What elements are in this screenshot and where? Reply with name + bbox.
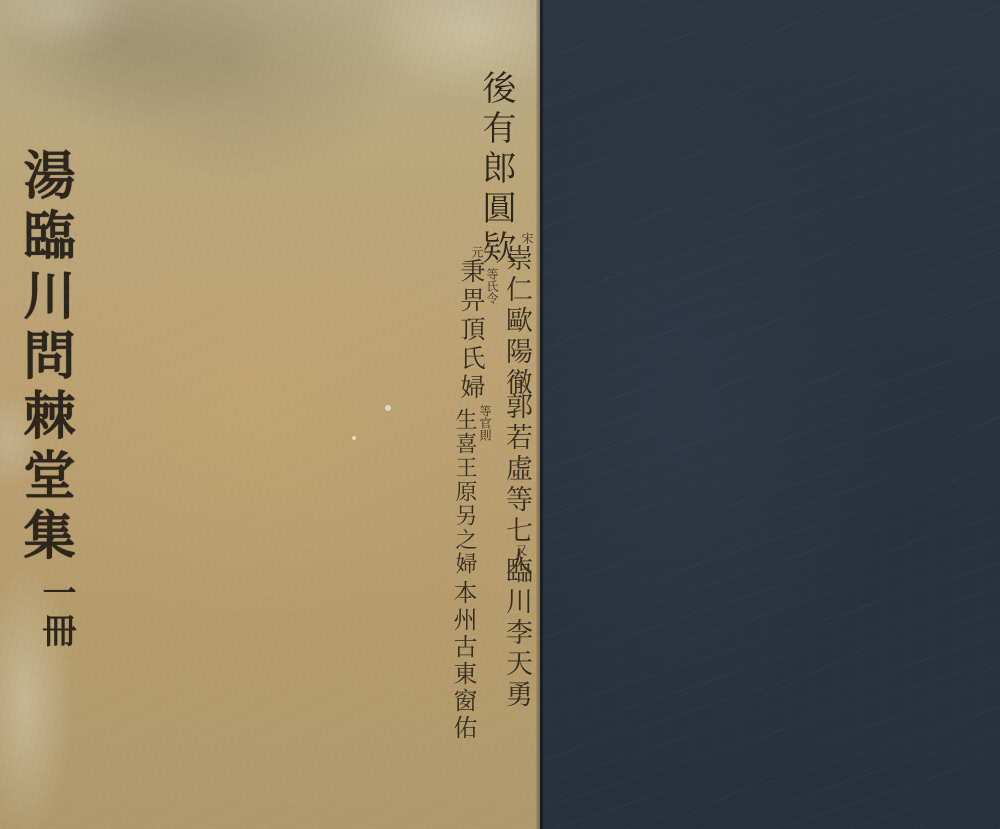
annotation-prefix: 宋 xyxy=(520,232,534,244)
annotation-column: 秉畀頂氏婦 xyxy=(456,258,486,403)
cloth-cover-board xyxy=(540,0,1000,829)
annotation-side-note: 等氏令 xyxy=(485,268,499,304)
book-title: 湯臨川問棘堂集 xyxy=(14,148,74,568)
annotation-column: 生喜王原另之婦 xyxy=(452,408,476,576)
volume-count: 一冊 xyxy=(36,575,76,651)
annotation-prefix: 元 xyxy=(470,246,484,258)
annotation-prefix: 又 xyxy=(514,376,528,388)
cover-edge xyxy=(540,0,543,829)
paper-blemish xyxy=(352,436,356,440)
book-spread: 湯臨川問棘堂集 一冊 後有郎圓欵 宋 崇仁歐陽徹 元 等氏令 秉畀頂氏婦 又 郭… xyxy=(0,0,1000,829)
annotation-side-note: 等官則 xyxy=(478,405,492,441)
paper-title-page: 湯臨川問棘堂集 一冊 後有郎圓欵 宋 崇仁歐陽徹 元 等氏令 秉畀頂氏婦 又 郭… xyxy=(0,0,540,829)
paper-blemish xyxy=(385,405,391,411)
annotation-column: 臨川李天勇 xyxy=(500,556,532,711)
annotation-column: 本州古東窗佑 xyxy=(450,580,476,742)
annotation-heading: 後有郎圓欵 xyxy=(476,70,516,270)
annotation-prefix: 又 xyxy=(514,544,528,556)
